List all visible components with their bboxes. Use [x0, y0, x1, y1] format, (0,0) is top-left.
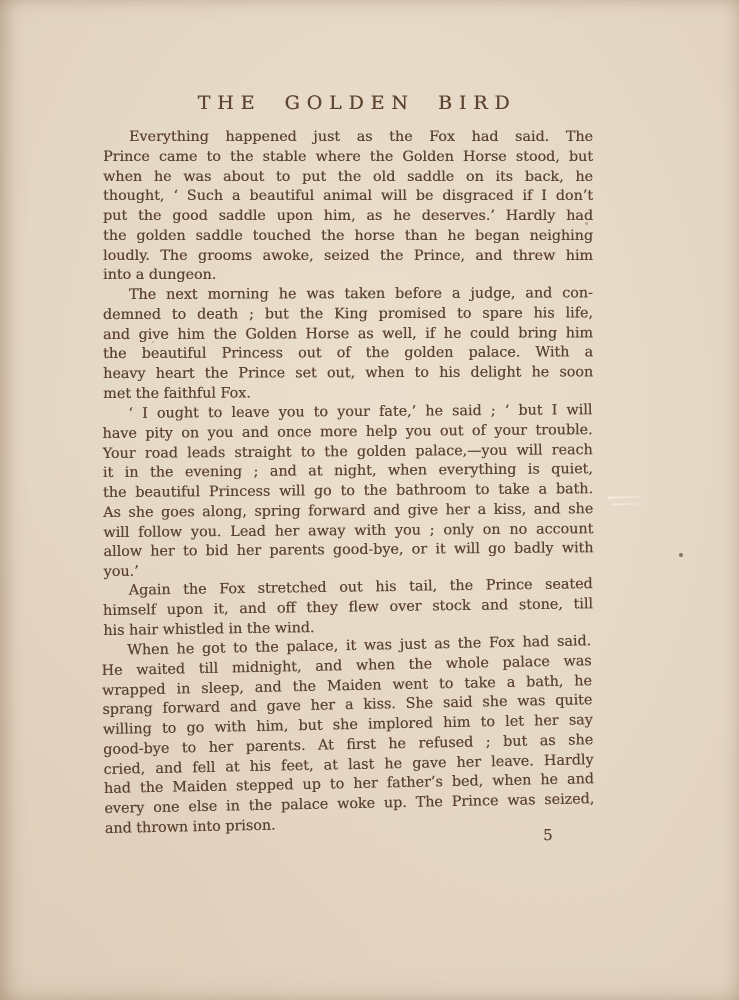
text-line: heavy heart the Prince set out, when to … [103, 363, 593, 384]
page-title: THE GOLDEN BIRD [0, 0, 602, 114]
text-line: and give him the Golden Horse as well, i… [103, 324, 593, 345]
paper-speck [679, 553, 683, 557]
text-line: demned to death ; but the King promised … [103, 304, 593, 325]
page-number: 5 [543, 826, 553, 844]
text-line: thought, ‘ Such a beautiful animal will … [103, 187, 593, 207]
paragraph: ‘ I ought to leave you to your fate,’ he… [102, 401, 593, 583]
text-line: when he was about to put the old saddle … [103, 168, 593, 188]
book-page: THE GOLDEN BIRD Everything happened just… [0, 0, 739, 1000]
text-line: loudly. The grooms awoke, seized the Pri… [103, 247, 593, 267]
text-line: As she goes along, spring forward and gi… [103, 499, 593, 523]
paragraph: Everything happened just as the Fox had … [103, 128, 593, 286]
text-line: put the good saddle upon him, as he dese… [103, 207, 593, 227]
text-line: The next morning he was taken before a j… [103, 284, 593, 305]
text-line: have pity on you and once more help you … [102, 420, 592, 444]
paper-scratch [608, 493, 654, 509]
paragraph: Again the Fox stretched out his tail, th… [103, 575, 594, 641]
text-line: ‘ I ought to leave you to your fate,’ he… [102, 401, 592, 425]
text-line: the golden saddle touched the horse than… [103, 227, 593, 247]
text-block: Everything happened just as the Fox had … [103, 128, 593, 839]
paragraph: When he got to the palace, it was just a… [101, 632, 595, 839]
text-line: the beautiful Princess out of the golden… [103, 344, 593, 365]
text-line: allow her to bid her parents good-bye, o… [103, 539, 593, 563]
text-line: the beautiful Princess will go to the ba… [103, 480, 593, 504]
text-line: Prince came to the stable where the Gold… [103, 148, 593, 168]
text-line: Everything happened just as the Fox had … [103, 128, 593, 148]
paper-speck [585, 222, 588, 225]
paragraph: The next morning he was taken before a j… [103, 284, 593, 404]
text-line: into a dungeon. [103, 266, 593, 286]
paper-speck [152, 341, 154, 343]
